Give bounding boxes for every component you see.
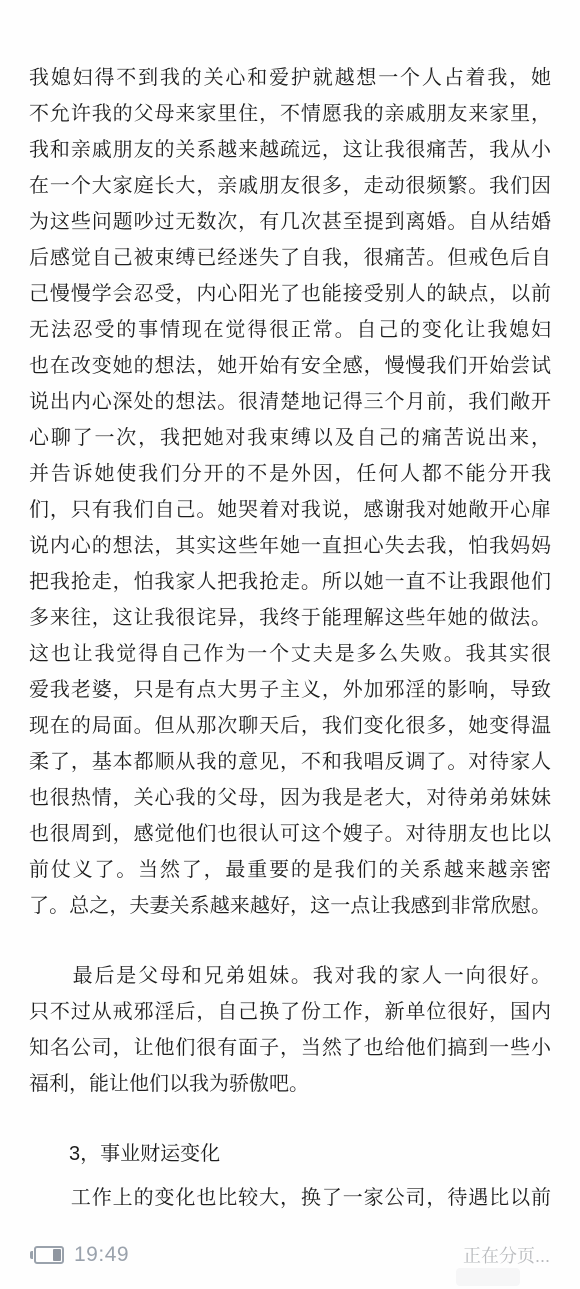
battery-shell	[34, 1246, 64, 1264]
text-line: 知名公司，让他们很有面子，当然了也给他们搞到一些小	[29, 1030, 551, 1066]
text-line: 心聊了一次，我把她对我束缚以及自己的痛苦说出来，	[29, 420, 551, 456]
text-line: 现在的局面。但从那次聊天后，我们变化很多，她变得温	[29, 708, 551, 744]
text-line: 不允许我的父母来家里住，不情愿我的亲戚朋友来家里，	[29, 96, 551, 132]
text-line: 只不过从戒邪淫后，自己换了份工作，新单位很好，国内	[29, 994, 551, 1030]
text-line: 工作上的变化也比较大，换了一家公司，待遇比以前	[29, 1180, 551, 1216]
text-line: 我媳妇得不到我的关心和爱护就越想一个人占着我，她	[29, 60, 551, 96]
reader-page[interactable]: 我媳妇得不到我的关心和爱护就越想一个人占着我，她不允许我的父母来家里住，不情愿我…	[0, 0, 580, 1289]
clock-time: 19:49	[74, 1243, 129, 1267]
paragraph: 我媳妇得不到我的关心和爱护就越想一个人占着我，她不允许我的父母来家里住，不情愿我…	[29, 60, 551, 924]
text-line: 己慢慢学会忍受，内心阳光了也能接受别人的缺点，以前	[29, 276, 551, 312]
paginating-status: 正在分页...	[463, 1246, 550, 1266]
section-heading: 3，事业财运变化	[29, 1136, 551, 1172]
text-line: 3，事业财运变化	[29, 1136, 551, 1172]
text-line: 们，只有我们自己。她哭着对我说，感谢我对她敞开心扉	[29, 492, 551, 528]
text-line: 爱我老婆，只是有点大男子主义，外加邪淫的影响，导致	[29, 672, 551, 708]
text-line: 了。总之，夫妻关系越来越好，这一点让我感到非常欣慰。	[29, 888, 551, 924]
status-bar: 19:49 正在分页...	[30, 1241, 550, 1269]
fading-toast	[456, 1268, 520, 1286]
text-line: 前仗义了。当然了，最重要的是我们的关系越来越亲密	[29, 852, 551, 888]
text-line: 最后是父母和兄弟姐妹。我对我的家人一向很好。	[29, 958, 551, 994]
text-line: 多来往，这让我很诧异，我终于能理解这些年她的做法。	[29, 600, 551, 636]
text-line: 为这些问题吵过无数次，有几次甚至提到离婚。自从结婚	[29, 204, 551, 240]
text-line: 我和亲戚朋友的关系越来越疏远，这让我很痛苦，我从小	[29, 132, 551, 168]
text-content: 我媳妇得不到我的关心和爱护就越想一个人占着我，她不允许我的父母来家里住，不情愿我…	[0, 60, 580, 1216]
text-line: 也在改变她的想法，她开始有安全感，慢慢我们开始尝试	[29, 348, 551, 384]
paragraph: 工作上的变化也比较大，换了一家公司，待遇比以前	[29, 1180, 551, 1216]
text-line: 这也让我觉得自己作为一个丈夫是多么失败。我其实很	[29, 636, 551, 672]
battery-terminal	[30, 1251, 33, 1259]
battery-level-fill	[53, 1249, 61, 1261]
paragraph: 最后是父母和兄弟姐妹。我对我的家人一向很好。只不过从戒邪淫后，自己换了份工作，新…	[29, 958, 551, 1102]
text-line: 把我抢走，怕我家人把我抢走。所以她一直不让我跟他们	[29, 564, 551, 600]
text-line: 并告诉她使我们分开的不是外因，任何人都不能分开我	[29, 456, 551, 492]
text-line: 无法忍受的事情现在觉得很正常。自己的变化让我媳妇	[29, 312, 551, 348]
status-bar-right: 正在分页...	[463, 1242, 550, 1268]
text-line: 后感觉自己被束缚已经迷失了自我，很痛苦。但戒色后自	[29, 240, 551, 276]
battery-icon	[30, 1246, 64, 1264]
text-line: 说出内心深处的想法。很清楚地记得三个月前，我们敞开	[29, 384, 551, 420]
text-line: 说内心的想法，其实这些年她一直担心失去我，怕我妈妈	[29, 528, 551, 564]
text-line: 也很热情，关心我的父母，因为我是老大，对待弟弟妹妹	[29, 780, 551, 816]
text-line: 福利，能让他们以我为骄傲吧。	[29, 1066, 551, 1102]
text-line: 也很周到，感觉他们也很认可这个嫂子。对待朋友也比以	[29, 816, 551, 852]
status-bar-left: 19:49	[30, 1243, 129, 1267]
text-line: 柔了，基本都顺从我的意见，不和我唱反调了。对待家人	[29, 744, 551, 780]
text-line: 在一个大家庭长大，亲戚朋友很多，走动很频繁。我们因	[29, 168, 551, 204]
